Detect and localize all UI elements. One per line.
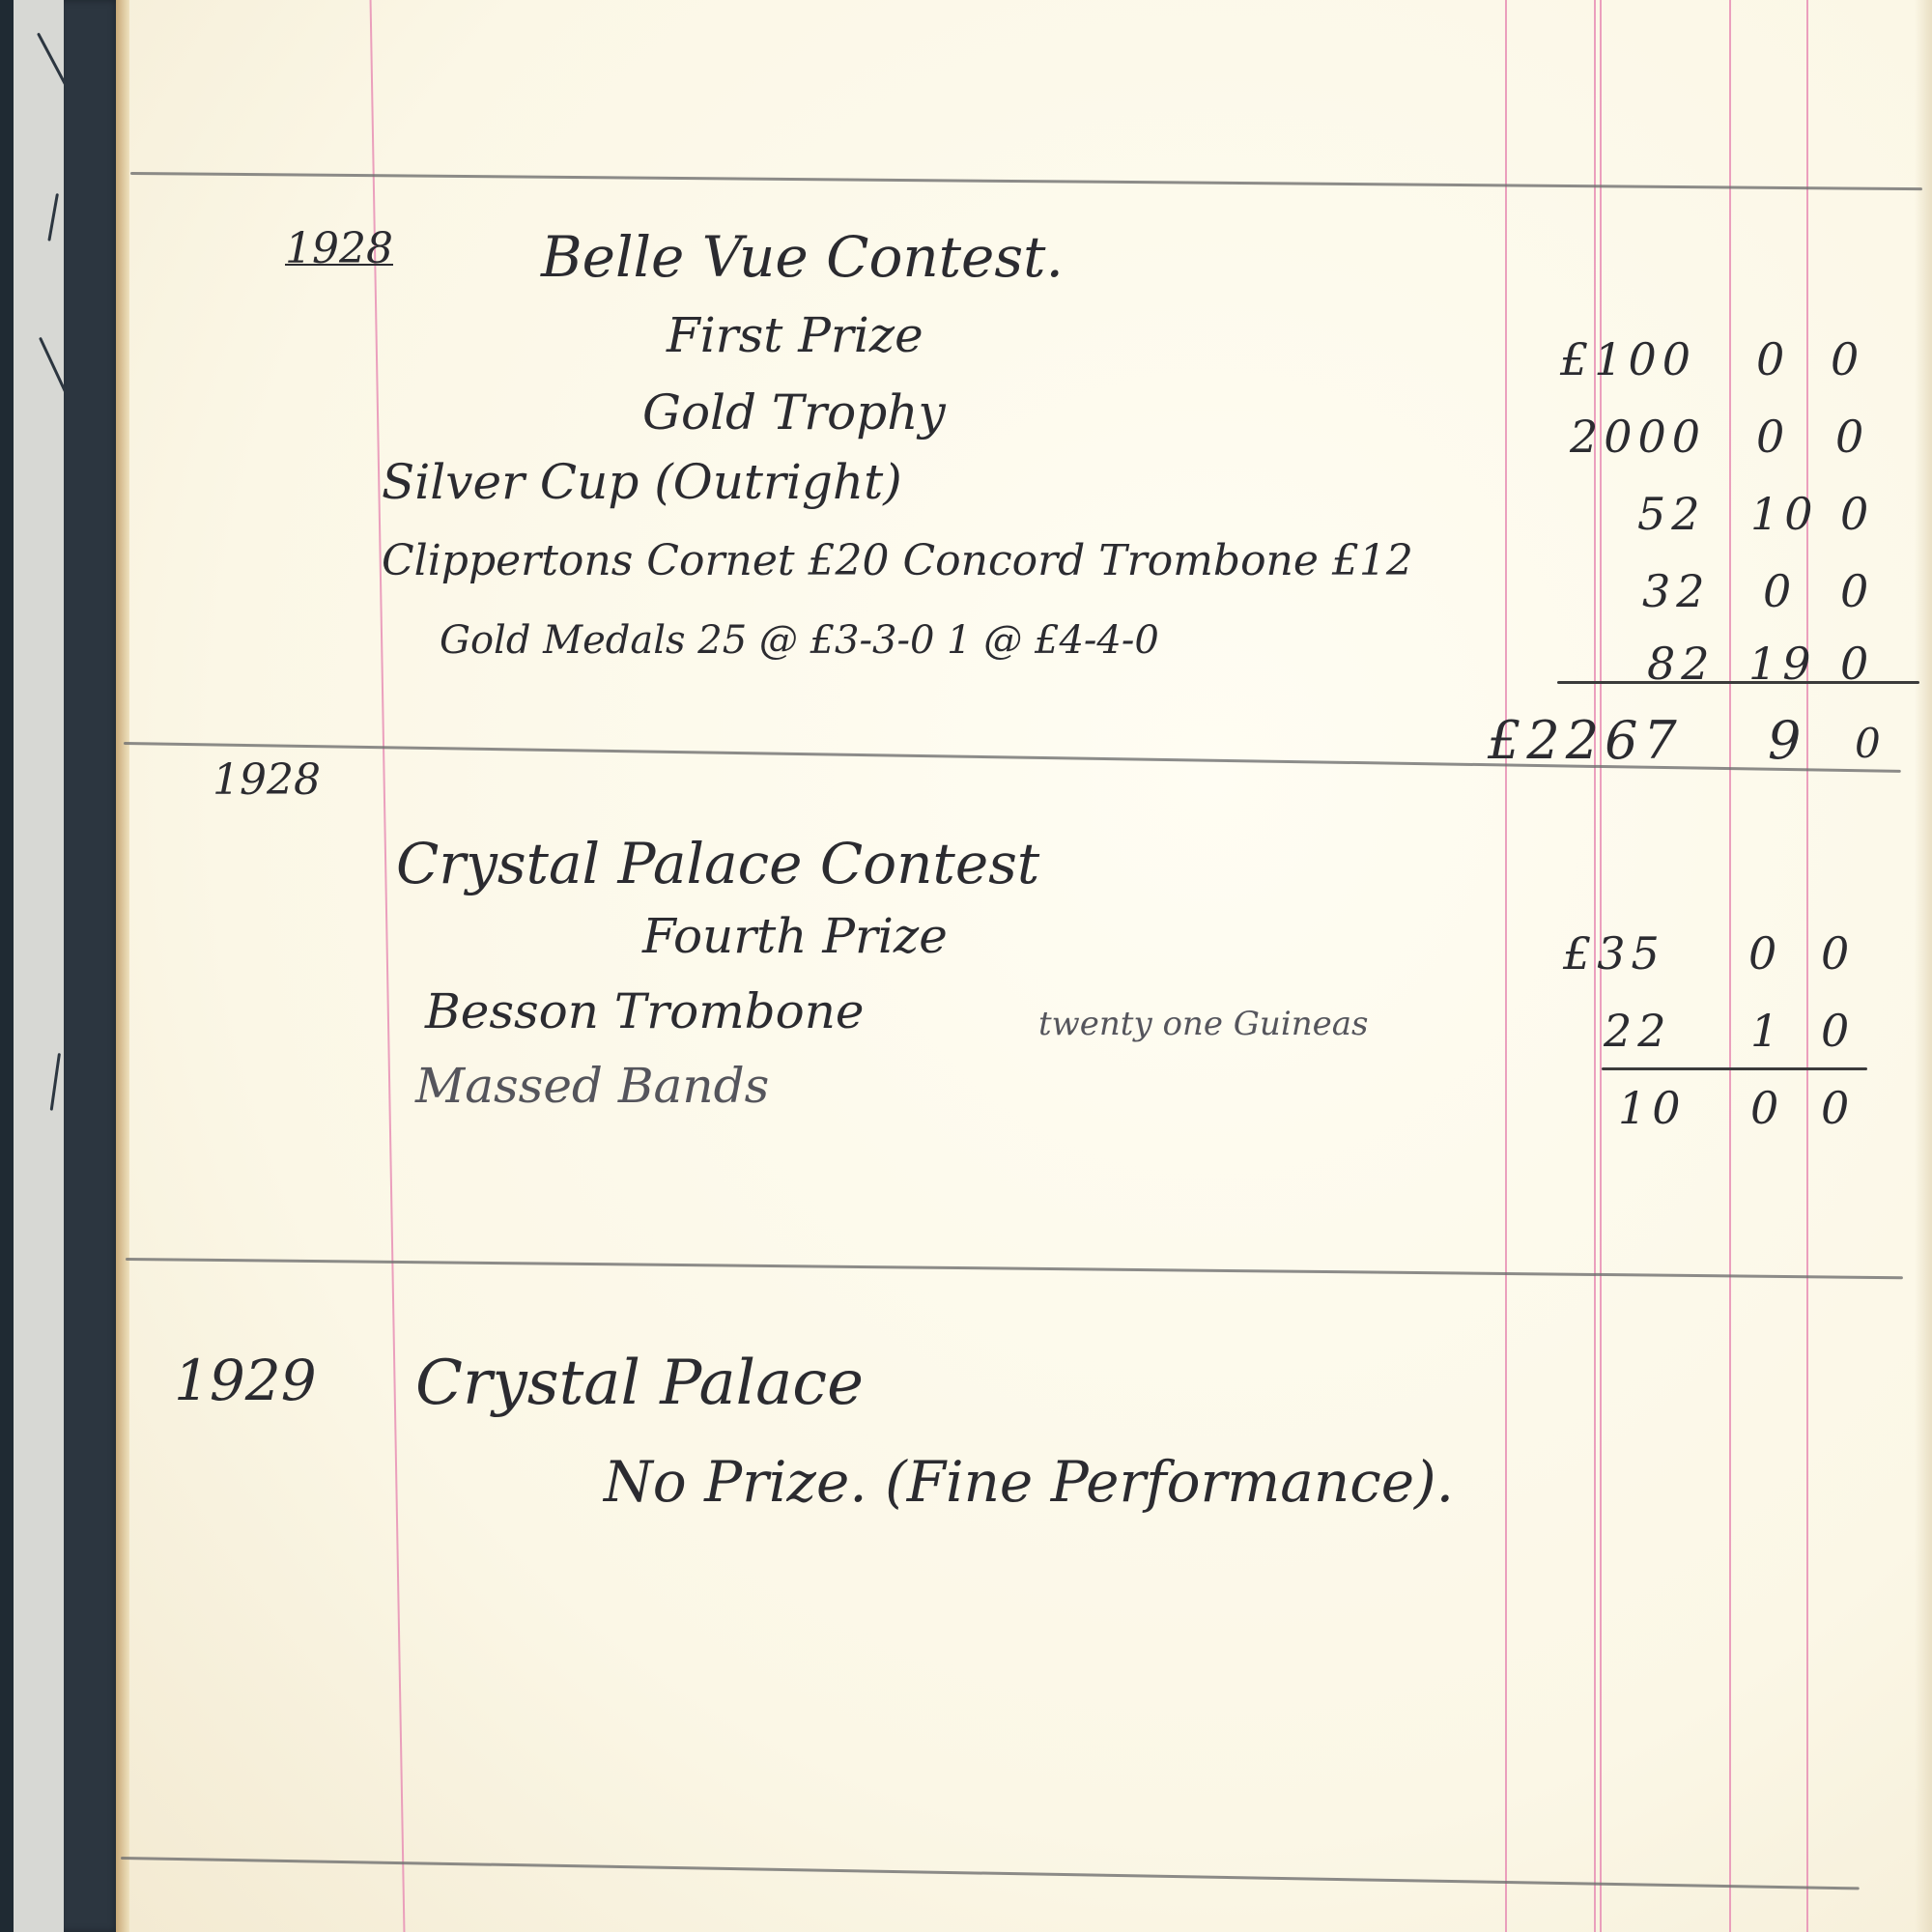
entry-title: Belle Vue Contest. <box>541 224 1064 290</box>
amount-pounds: 2000 <box>1570 411 1706 463</box>
book-cover-edge <box>0 0 14 1932</box>
amount-shillings: 1 <box>1750 1005 1784 1057</box>
total-pounds: £2267 <box>1488 710 1683 771</box>
amount-pounds: 32 <box>1642 565 1711 617</box>
amount-pence: 0 <box>1821 1005 1855 1057</box>
entry-title: Crystal Palace <box>415 1348 864 1419</box>
amount-pence: 0 <box>1831 333 1864 385</box>
column-rule <box>1729 0 1731 1932</box>
amount-pence: 0 <box>1821 1082 1855 1134</box>
page-edge <box>116 0 129 1932</box>
amount-pounds: £100 <box>1560 333 1696 385</box>
entry-item-label: Silver Cup (Outright) <box>382 454 902 510</box>
entry-year: 1928 <box>285 224 393 273</box>
book-spine-cloth <box>64 0 122 1932</box>
entry-title: Crystal Palace Contest <box>396 831 1039 896</box>
amount-shillings: 0 <box>1763 565 1797 617</box>
amount-shillings: 0 <box>1756 333 1790 385</box>
entry-item-note: twenty one Guineas <box>1038 1005 1368 1043</box>
sum-line <box>1557 681 1919 684</box>
amount-shillings: 0 <box>1756 411 1790 463</box>
amount-shillings: 0 <box>1750 1082 1784 1134</box>
entry-item-label: Gold Trophy <box>642 384 946 440</box>
amount-shillings: 0 <box>1748 927 1782 980</box>
amount-pounds: 52 <box>1637 488 1706 540</box>
total-pence: 0 <box>1855 720 1887 767</box>
amount-pence: 0 <box>1840 488 1874 540</box>
amount-shillings: 10 <box>1750 488 1819 540</box>
entry-item-label: First Prize <box>667 307 923 363</box>
total-shillings: 9 <box>1768 710 1806 771</box>
entry-item-label: Massed Bands <box>415 1058 769 1114</box>
amount-pounds: 10 <box>1618 1082 1687 1134</box>
column-rule <box>1806 0 1808 1932</box>
amount-pounds: £35 <box>1563 927 1665 980</box>
amount-pence: 0 <box>1840 565 1874 617</box>
entry-item-label: Gold Medals 25 @ £3-3-0 1 @ £4-4-0 <box>440 618 1159 663</box>
entry-item-label: Fourth Prize <box>642 908 948 964</box>
amount-pence: 0 <box>1835 411 1869 463</box>
entry-year: 1929 <box>174 1348 317 1413</box>
entry-year: 1928 <box>213 755 321 805</box>
amount-pounds: 22 <box>1604 1005 1672 1057</box>
entry-item-label: Besson Trombone <box>425 983 865 1039</box>
column-rule <box>1505 0 1507 1932</box>
sum-line <box>1602 1067 1867 1070</box>
amount-pence: 0 <box>1821 927 1855 980</box>
entry-item-label: No Prize. (Fine Performance). <box>604 1449 1454 1515</box>
binding-gap <box>14 0 68 1932</box>
page-right-edge <box>1915 0 1932 1932</box>
entry-item-label: Clippertons Cornet £20 Concord Trombone … <box>382 536 1413 585</box>
